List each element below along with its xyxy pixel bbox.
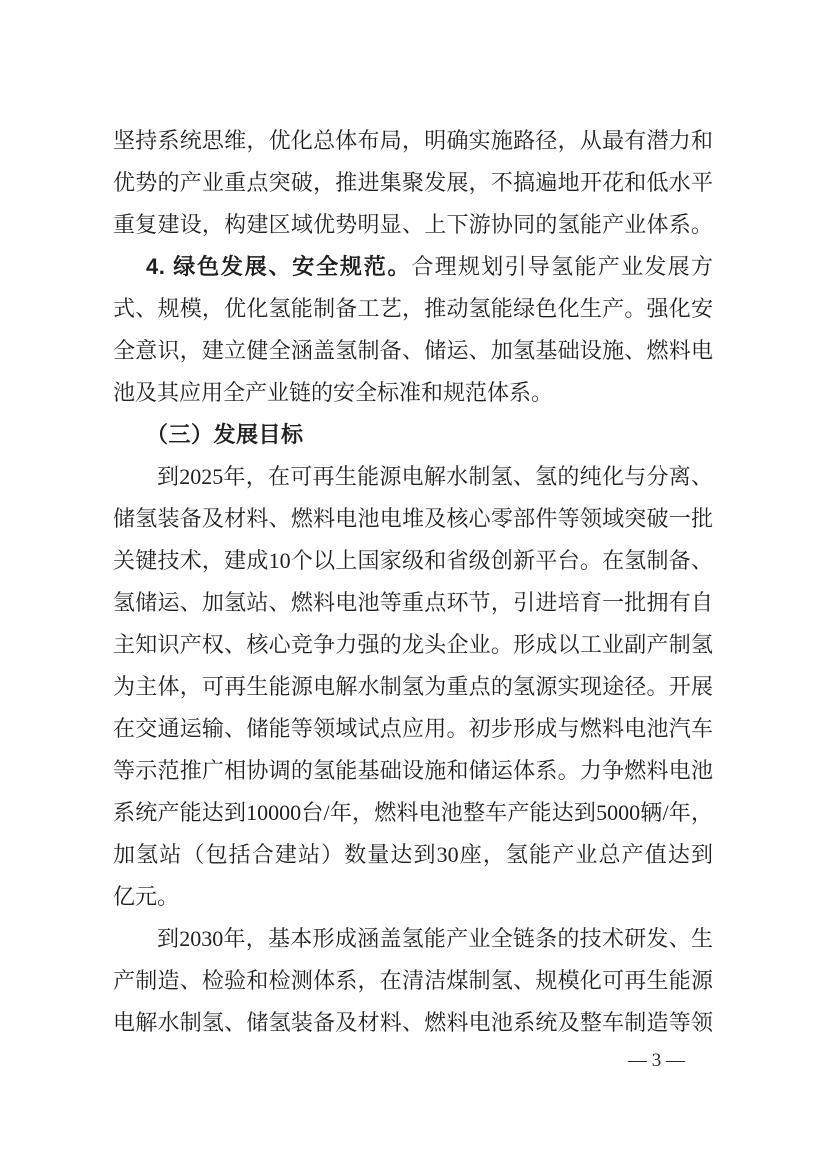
- text-line: 亿元。: [113, 876, 713, 918]
- text-line: 坚持系统思维，优化总体布局，明确实施路径，从最有潜力和: [113, 120, 713, 162]
- text-block: 坚持系统思维，优化总体布局，明确实施路径，从最有潜力和优势的产业重点突破，推进集…: [113, 120, 713, 1044]
- text-run: 系统产能达到10000台/年，燃料电池整车产能达到5000辆/年，: [113, 800, 713, 825]
- text-run: 加氢站（包括合建站）数量达到30座，氢能产业总产值达到500: [113, 842, 713, 876]
- text-run: 到2025年，在可再生能源电解水制氢、氢的纯化与分离、: [157, 464, 713, 489]
- text-line: 式、规模，优化氢能制备工艺，推动氢能绿色化生产。强化安: [113, 288, 713, 330]
- text-line: 全意识，建立健全涵盖氢制备、储运、加氢基础设施、燃料电: [113, 330, 713, 372]
- text-run: 为主体，可再生能源电解水制氢为重点的氢源实现途径。开展: [113, 674, 713, 699]
- text-line: 优势的产业重点突破，推进集聚发展，不搞遍地开花和低水平: [113, 162, 713, 204]
- text-run: 产制造、检验和检测体系，在清洁煤制氢、规模化可再生能源: [113, 968, 713, 993]
- text-run: 坚持系统思维，优化总体布局，明确实施路径，从最有潜力和: [113, 128, 713, 153]
- text-line: （三）发展目标: [113, 414, 713, 456]
- text-line: 到2030年，基本形成涵盖氢能产业全链条的技术研发、生: [113, 918, 713, 960]
- text-line: 加氢站（包括合建站）数量达到30座，氢能产业总产值达到500: [113, 834, 713, 876]
- text-line: 到2025年，在可再生能源电解水制氢、氢的纯化与分离、: [113, 456, 713, 498]
- text-run: 电解水制氢、储氢装备及材料、燃料电池系统及整车制造等领: [113, 1010, 713, 1035]
- text-run: 主知识产权、核心竞争力强的龙头企业。形成以工业副产制氢: [113, 632, 713, 657]
- text-line: 在交通运输、储能等领域试点应用。初步形成与燃料电池汽车: [113, 708, 713, 750]
- text-run: 全意识，建立健全涵盖氢制备、储运、加氢基础设施、燃料电: [113, 338, 713, 363]
- text-line: 4. 绿色发展、安全规范。合理规划引导氢能产业发展方: [113, 246, 713, 288]
- text-run: 式、规模，优化氢能制备工艺，推动氢能绿色化生产。强化安: [113, 296, 713, 321]
- bold-run: 4. 绿色发展、安全规范。: [146, 254, 411, 279]
- text-run: 亿元。: [113, 884, 179, 909]
- text-run: 在交通运输、储能等领域试点应用。初步形成与燃料电池汽车: [113, 716, 713, 741]
- text-run: 优势的产业重点突破，推进集聚发展，不搞遍地开花和低水平: [113, 170, 713, 195]
- text-run: 等示范推广相协调的氢能基础设施和储运体系。力争燃料电池: [113, 758, 713, 783]
- text-line: 储氢装备及材料、燃料电池电堆及核心零部件等领域突破一批: [113, 498, 713, 540]
- text-line: 等示范推广相协调的氢能基础设施和储运体系。力争燃料电池: [113, 750, 713, 792]
- text-run: 到2030年，基本形成涵盖氢能产业全链条的技术研发、生: [157, 926, 713, 951]
- text-line: 氢储运、加氢站、燃料电池等重点环节，引进培育一批拥有自: [113, 582, 713, 624]
- text-run: 储氢装备及材料、燃料电池电堆及核心零部件等领域突破一批: [113, 506, 713, 531]
- text-run: 氢储运、加氢站、燃料电池等重点环节，引进培育一批拥有自: [113, 590, 713, 615]
- text-line: 主知识产权、核心竞争力强的龙头企业。形成以工业副产制氢: [113, 624, 713, 666]
- text-line: 关键技术，建成10个以上国家级和省级创新平台。在氢制备、: [113, 540, 713, 582]
- text-line: 系统产能达到10000台/年，燃料电池整车产能达到5000辆/年，: [113, 792, 713, 834]
- text-run: 重复建设，构建区域优势明显、上下游协同的氢能产业体系。: [113, 212, 713, 237]
- page-number: — 3 —: [628, 1048, 685, 1074]
- bold-run: （三）发展目标: [146, 422, 304, 447]
- document-page: 坚持系统思维，优化总体布局，明确实施路径，从最有潜力和优势的产业重点突破，推进集…: [0, 0, 826, 1169]
- text-run: 关键技术，建成10个以上国家级和省级创新平台。在氢制备、: [113, 548, 713, 573]
- text-run: 合理规划引导氢能产业发展方: [411, 254, 713, 279]
- text-line: 电解水制氢、储氢装备及材料、燃料电池系统及整车制造等领: [113, 1002, 713, 1044]
- text-line: 产制造、检验和检测体系，在清洁煤制氢、规模化可再生能源: [113, 960, 713, 1002]
- text-run: 池及其应用全产业链的安全标准和规范体系。: [113, 380, 553, 405]
- text-line: 池及其应用全产业链的安全标准和规范体系。: [113, 372, 713, 414]
- text-line: 重复建设，构建区域优势明显、上下游协同的氢能产业体系。: [113, 204, 713, 246]
- text-line: 为主体，可再生能源电解水制氢为重点的氢源实现途径。开展: [113, 666, 713, 708]
